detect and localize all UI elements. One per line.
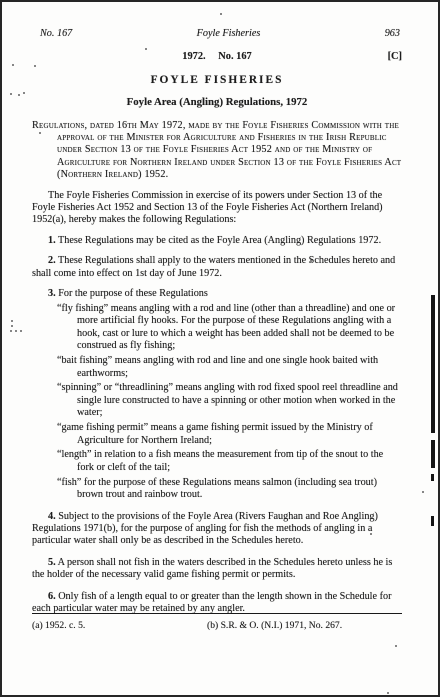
enacting-clause: The Foyle Fisheries Commission in exerci… [32, 190, 402, 227]
section-number: 3. [48, 288, 56, 299]
document-subtitle: Foyle Area (Angling) Regulations, 1972 [32, 96, 402, 108]
section-text: These Regulations may be cited as the Fo… [58, 235, 381, 246]
section-text: Only fish of a length equal to or greate… [32, 591, 391, 614]
scan-speck [10, 330, 12, 332]
footnote-rule [32, 613, 402, 614]
section-number: 5. [48, 557, 56, 568]
doc-number: No. 167 [40, 28, 72, 40]
regulation-3: 3. For the purpose of these Regulations [32, 288, 402, 300]
scan-edge-artifact [431, 295, 435, 433]
section-number: 1. [48, 235, 56, 246]
scan-speck [10, 93, 12, 95]
regulation-1: 1. These Regulations may be cited as the… [32, 235, 402, 247]
footnote-a: (a) 1952. c. 5. [32, 620, 207, 631]
definition-spinning: “spinning” or “threadlining” means angli… [57, 382, 402, 419]
running-head: No. 167 Foyle Fisheries 963 [32, 28, 402, 40]
citation-year: 1972. [182, 51, 205, 62]
footnote-b: (b) S.R. & O. (N.I.) 1971, No. 267. [207, 620, 342, 631]
scan-speck [422, 491, 424, 493]
footnotes: (a) 1952. c. 5. (b) S.R. & O. (N.I.) 197… [32, 613, 402, 631]
definition-bait-fishing: “bait fishing” means angling with rod an… [57, 355, 402, 380]
scan-speck [34, 65, 36, 67]
scan-speck [18, 94, 20, 96]
scan-edge-artifact [431, 516, 434, 526]
scan-speck [310, 260, 312, 262]
scan-speck [11, 325, 13, 327]
scan-speck [220, 13, 222, 15]
scan-speck [11, 320, 13, 322]
definitions-list: “fly fishing” means angling with a rod a… [32, 303, 402, 502]
definition-length: “length” in relation to a fish means the… [57, 449, 402, 474]
citation-row: 1972. No. 167 [C] [32, 51, 402, 63]
classification-mark: [C] [388, 51, 402, 63]
scan-speck [39, 132, 41, 134]
section-text: These Regulations shall apply to the wat… [32, 255, 395, 278]
footnote-row: (a) 1952. c. 5. (b) S.R. & O. (N.I.) 197… [32, 620, 402, 631]
scan-speck [15, 330, 17, 332]
scan-speck [23, 92, 25, 94]
scan-edge-artifact [431, 474, 434, 481]
scanned-document-page: No. 167 Foyle Fisheries 963 1972. No. 16… [0, 0, 440, 697]
section-number: 4. [48, 511, 56, 522]
section-text: A person shall not fish in the waters de… [32, 557, 392, 580]
preamble: Regulations, dated 16th May 1972, made b… [32, 120, 402, 182]
page-number: 963 [385, 28, 400, 40]
scan-speck [145, 48, 147, 50]
section-text: For the purpose of these Regulations [58, 288, 208, 299]
section-text: Subject to the provisions of the Foyle A… [32, 511, 378, 547]
document-body: No. 167 Foyle Fisheries 963 1972. No. 16… [2, 2, 438, 615]
scan-speck [370, 533, 372, 535]
regulation-6: 6. Only fish of a length equal to or gre… [32, 591, 402, 616]
scan-speck [387, 692, 389, 694]
regulation-2: 2. These Regulations shall apply to the … [32, 255, 402, 280]
scan-edge-artifact [431, 440, 435, 468]
scan-speck [12, 64, 14, 66]
scan-speck [20, 330, 22, 332]
scan-speck [395, 645, 397, 647]
citation-number: No. 167 [218, 51, 251, 62]
running-title: Foyle Fisheries [197, 28, 261, 40]
section-number: 6. [48, 591, 56, 602]
definition-fly-fishing: “fly fishing” means angling with a rod a… [57, 303, 402, 353]
section-number: 2. [48, 255, 56, 266]
definition-fish: “fish” for the purpose of these Regulati… [57, 477, 402, 502]
definition-game-fishing-permit: “game fishing permit” means a game fishi… [57, 422, 402, 447]
regulation-5: 5. A person shall not fish in the waters… [32, 557, 402, 582]
document-title: FOYLE FISHERIES [32, 74, 402, 86]
regulation-4: 4. Subject to the provisions of the Foyl… [32, 511, 402, 548]
